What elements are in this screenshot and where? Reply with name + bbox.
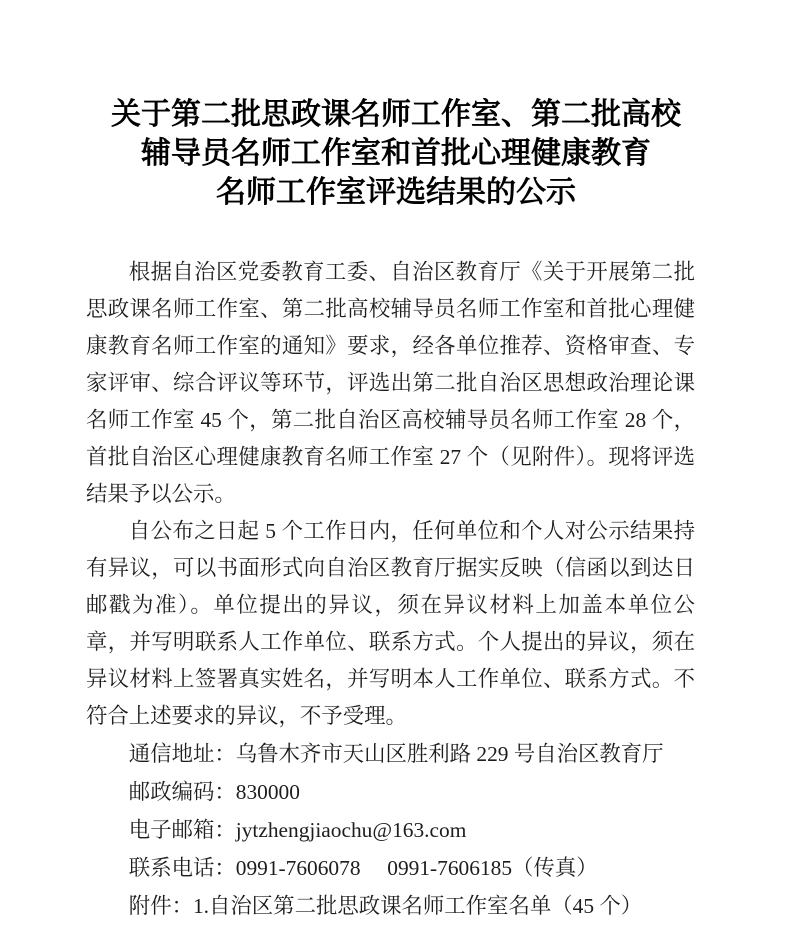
document-body: 根据自治区党委教育工委、自治区教育厅《关于开展第二批思政课名师工作室、第二批高校… [86, 254, 695, 925]
paragraph-objection-process: 自公布之日起 5 个工作日内，任何单位和个人对公示结果持有异议，可以书面形式向自… [86, 513, 695, 735]
contact-block: 通信地址：乌鲁木齐市天山区胜利路 229 号自治区教育厅 邮政编码：830000… [86, 735, 695, 925]
paragraph-selection-results: 根据自治区党委教育工委、自治区教育厅《关于开展第二批思政课名师工作室、第二批高校… [86, 254, 695, 513]
document-title: 关于第二批思政课名师工作室、第二批高校 辅导员名师工作室和首批心理健康教育 名师… [60, 95, 732, 212]
contact-postcode-line: 邮政编码：830000 [86, 773, 695, 811]
document-page: 关于第二批思政课名师工作室、第二批高校 辅导员名师工作室和首批心理健康教育 名师… [0, 0, 792, 927]
contact-phone-line: 联系电话：0991-7606078 0991-7606185（传真） [86, 849, 695, 887]
attachment-list-line: 附件：1.自治区第二批思政课名师工作室名单（45 个） [86, 887, 695, 925]
contact-address-line: 通信地址：乌鲁木齐市天山区胜利路 229 号自治区教育厅 [86, 735, 695, 773]
title-line-3: 名师工作室评选结果的公示 [60, 173, 732, 212]
title-line-1: 关于第二批思政课名师工作室、第二批高校 [60, 95, 732, 134]
title-line-2: 辅导员名师工作室和首批心理健康教育 [60, 134, 732, 173]
contact-email-line: 电子邮箱：jytzhengjiaochu@163.com [86, 811, 695, 849]
